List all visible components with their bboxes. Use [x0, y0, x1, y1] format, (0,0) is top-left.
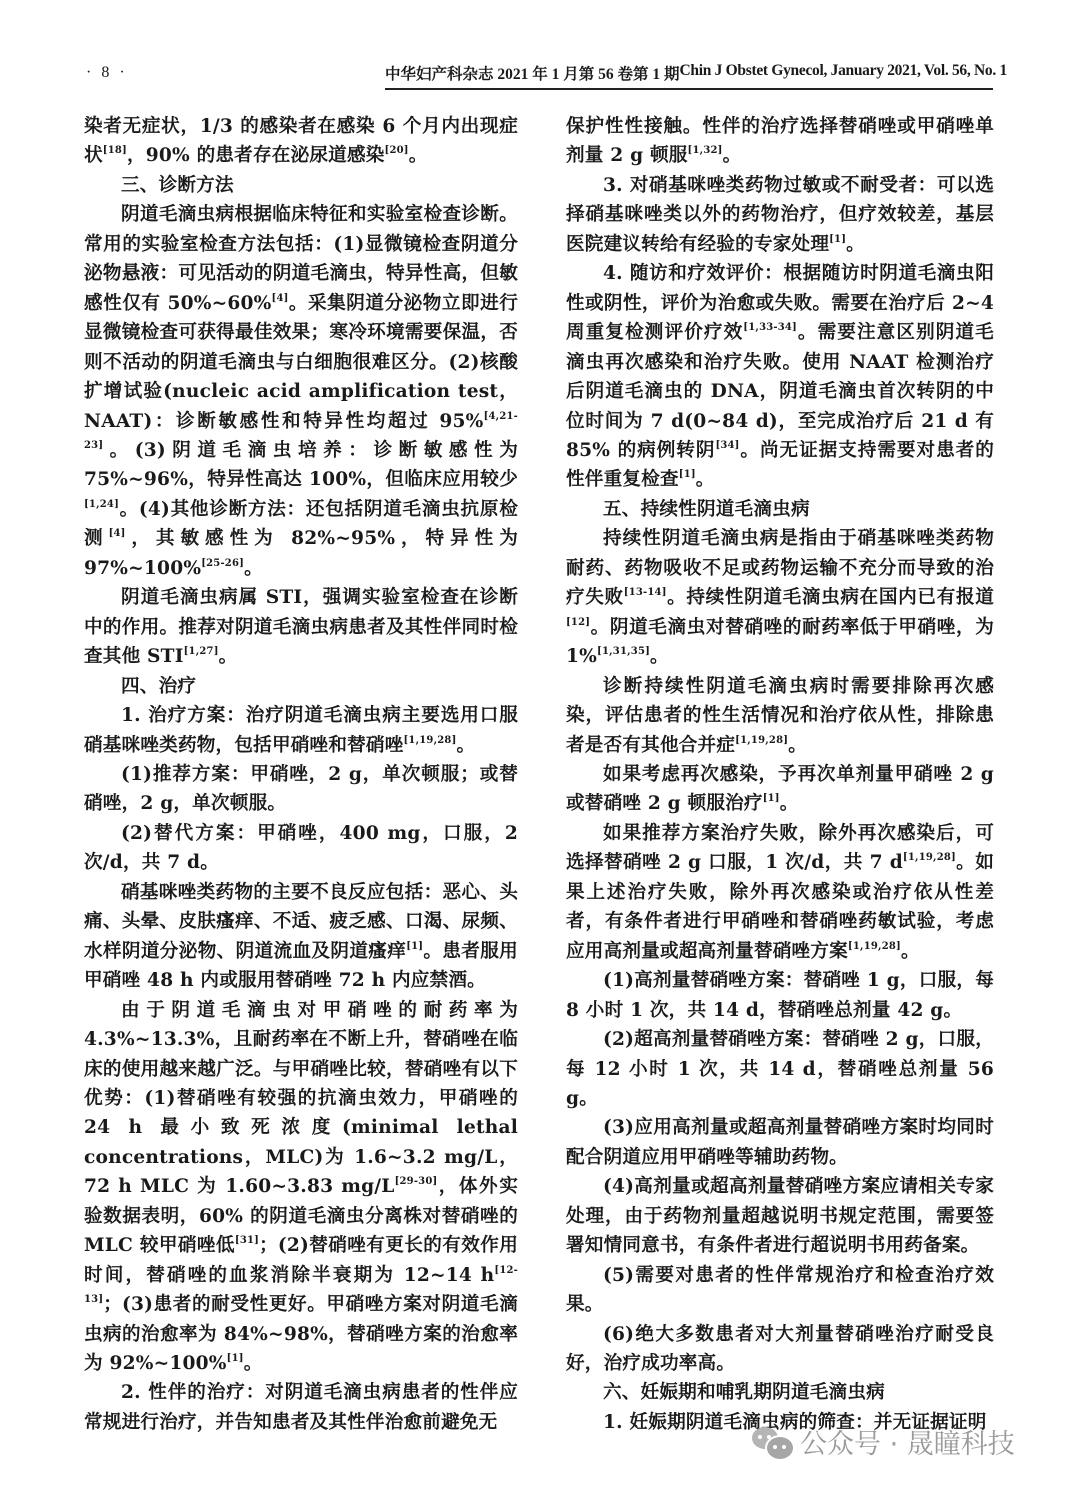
- paragraph: 诊断持续性阴道毛滴虫病时需要排除再次感染，评估患者的性生活情况和治疗依从性，排除…: [566, 672, 994, 760]
- wechat-icon: [752, 1425, 792, 1459]
- paragraph: 3. 对硝基咪唑类药物过敏或不耐受者：可以选择硝基咪唑类以外的药物治疗，但疗效较…: [566, 171, 994, 259]
- paragraph: 1. 治疗方案：治疗阴道毛滴虫病主要选用口服硝基咪唑类药物，包括甲硝唑和替硝唑[…: [84, 701, 518, 760]
- watermark-text: 公众号 · 晟瞳科技: [800, 1422, 1015, 1461]
- paragraph: 持续性阴道毛滴虫病是指由于硝基咪唑类药物耐药、药物吸收不足或药物运输不充分而导致…: [566, 524, 994, 671]
- journal-citation-en: Chin J Obstet Gynecol, January 2021, Vol…: [680, 62, 1007, 84]
- journal-citation: 中华妇产科杂志 2021 年 1 月第 56 卷第 1 期 Chin J Obs…: [385, 62, 993, 90]
- section-heading: 四、治疗: [84, 672, 518, 701]
- paragraph: 由于阴道毛滴虫对甲硝唑的耐药率为 4.3%~13.3%，且耐药率在不断上升，替硝…: [84, 996, 518, 1379]
- journal-citation-cn: 中华妇产科杂志 2021 年 1 月第 56 卷第 1 期: [385, 62, 680, 84]
- paragraph: 4. 随访和疗效评价：根据随访时阴道毛滴虫阳性或阴性，评价为治愈或失败。需要在治…: [566, 259, 994, 495]
- section-heading: 六、妊娠期和哺乳期阴道毛滴虫病: [566, 1378, 994, 1407]
- paragraph: 2. 性伴的治疗：对阴道毛滴虫病患者的性伴应常规进行治疗，并告知患者及其性伴治愈…: [84, 1378, 518, 1437]
- paragraph: (4)高剂量或超高剂量替硝唑方案应请相关专家处理，由于药物剂量超越说明书规定范围…: [566, 1172, 994, 1260]
- paragraph: 保护性性接触。性伴的治疗选择替硝唑或甲硝唑单剂量 2 g 顿服[1,32]。: [566, 112, 994, 171]
- paragraph: (1)高剂量替硝唑方案：替硝唑 1 g，口服，每 8 小时 1 次，共 14 d…: [566, 966, 994, 1025]
- paragraph: 阴道毛滴虫病根据临床特征和实验室检查诊断。常用的实验室检查方法包括：(1)显微镜…: [84, 200, 518, 583]
- running-header: · 8 · 中华妇产科杂志 2021 年 1 月第 56 卷第 1 期 Chin…: [0, 58, 1078, 98]
- section-heading: 三、诊断方法: [84, 171, 518, 200]
- paragraph: 阴道毛滴虫病属 STI，强调实验室检查在诊断中的作用。推荐对阴道毛滴虫病患者及其…: [84, 583, 518, 671]
- paragraph: (3)应用高剂量或超高剂量替硝唑方案时均同时配合阴道应用甲硝唑等辅助药物。: [566, 1113, 994, 1172]
- paragraph: (6)绝大多数患者对大剂量替硝唑治疗耐受良好，治疗成功率高。: [566, 1320, 994, 1379]
- watermark: 公众号 · 晟瞳科技: [752, 1422, 1015, 1461]
- paragraph: (1)推荐方案：甲硝唑，2 g，单次顿服；或替硝唑，2 g，单次顿服。: [84, 760, 518, 819]
- paragraph: 染者无症状，1/3 的感染者在感染 6 个月内出现症状[18]，90% 的患者存…: [84, 112, 518, 171]
- page-number: · 8 ·: [86, 64, 128, 82]
- paragraph: (2)替代方案：甲硝唑，400 mg，口服，2 次/d，共 7 d。: [84, 819, 518, 878]
- paragraph: (2)超高剂量替硝唑方案：替硝唑 2 g，口服，每 12 小时 1 次，共 14…: [566, 1025, 994, 1113]
- paragraph: 如果考虑再次感染，予再次单剂量甲硝唑 2 g 或替硝唑 2 g 顿服治疗[1]。: [566, 760, 994, 819]
- right-column: 保护性性接触。性伴的治疗选择替硝唑或甲硝唑单剂量 2 g 顿服[1,32]。3.…: [566, 112, 994, 1437]
- paragraph: 如果推荐方案治疗失败，除外再次感染后，可选择替硝唑 2 g 口服，1 次/d，共…: [566, 819, 994, 966]
- paragraph: (5)需要对患者的性伴常规治疗和检查治疗效果。: [566, 1261, 994, 1320]
- paragraph: 硝基咪唑类药物的主要不良反应包括：恶心、头痛、头晕、皮肤瘙痒、不适、疲乏感、口渴…: [84, 878, 518, 996]
- left-column: 染者无症状，1/3 的感染者在感染 6 个月内出现症状[18]，90% 的患者存…: [84, 112, 518, 1437]
- section-heading: 五、持续性阴道毛滴虫病: [566, 495, 994, 524]
